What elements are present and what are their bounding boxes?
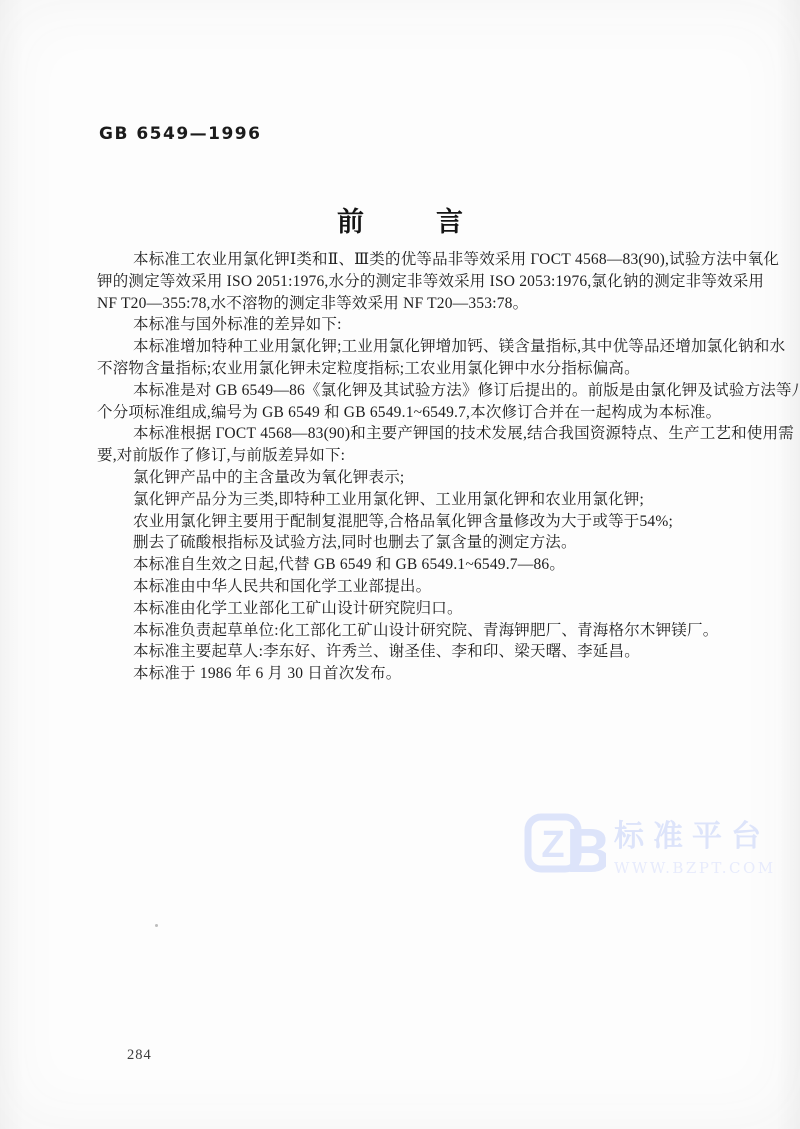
watermark-name: 标准平台 bbox=[614, 822, 776, 852]
watermark-url: WWW.BZPT.COM bbox=[614, 859, 776, 877]
body-line: 本标准增加特种工业用氯化钾;工业用氯化钾增加钙、镁含量指标,其中优等品还增加氯化… bbox=[97, 336, 717, 358]
body-line: 氯化钾产品分为三类,即特种工业用氯化钾、工业用氯化钾和农业用氯化钾; bbox=[97, 489, 717, 511]
scan-speck bbox=[155, 924, 158, 927]
body-line: 本标准自生效之日起,代替 GB 6549 和 GB 6549.1~6549.7—… bbox=[97, 554, 717, 576]
body-line: 本标准负责起草单位:化工部化工矿山设计研究院、青海钾肥厂、青海格尔木钾镁厂。 bbox=[97, 620, 717, 642]
logo-letter-b: B bbox=[566, 817, 606, 882]
standard-number: GB 6549—1996 bbox=[99, 124, 261, 144]
body-line: 要,对前版作了修订,与前版差异如下: bbox=[97, 445, 717, 467]
body-line: 农业用氯化钾主要用于配制复混肥等,合格品氧化钾含量修改为大于或等于54%; bbox=[97, 511, 717, 533]
watermark: Z B 标准平台 WWW.BZPT.COM bbox=[524, 812, 776, 882]
body-line: 本标准是对 GB 6549—86《氯化钾及其试验方法》修订后提出的。前版是由氯化… bbox=[97, 380, 717, 402]
page-number: 284 bbox=[127, 1047, 152, 1064]
body-line: 本标准根据 ГОСТ 4568—83(90)和主要产钾国的技术发展,结合我国资源… bbox=[97, 423, 717, 445]
scanned-document-page: GB 6549—1996 前 言 本标准工农业用氯化钾Ⅰ类和Ⅱ、Ⅲ类的优等品非等… bbox=[0, 0, 800, 1129]
page-title: 前 言 bbox=[0, 200, 800, 239]
page-title-char-right: 言 bbox=[436, 200, 463, 239]
body-line: 个分项标准组成,编号为 GB 6549 和 GB 6549.1~6549.7,本… bbox=[97, 402, 717, 424]
body-line: 本标准于 1986 年 6 月 30 日首次发布。 bbox=[97, 663, 717, 685]
logo-letter-z: Z bbox=[541, 824, 564, 866]
body-line: 删去了硫酸根指标及试验方法,同时也删去了氯含量的测定方法。 bbox=[97, 532, 717, 554]
body-line: 本标准与国外标准的差异如下: bbox=[97, 314, 717, 336]
body-line: 本标准由中华人民共和国化学工业部提出。 bbox=[97, 576, 717, 598]
bzpt-logo-icon: Z B bbox=[524, 812, 606, 882]
body-line: 本标准由化学工业部化工矿山设计研究院归口。 bbox=[97, 598, 717, 620]
body-text: 本标准工农业用氯化钾Ⅰ类和Ⅱ、Ⅲ类的优等品非等效采用 ГОСТ 4568—83(… bbox=[97, 249, 717, 685]
body-line: 不溶物含量指标;农业用氯化钾未定粒度指标;工农业用氯化钾中水分指标偏高。 bbox=[97, 358, 717, 380]
body-line: 本标准主要起草人:李东好、许秀兰、谢圣佳、李和印、梁天曙、李延昌。 bbox=[97, 641, 717, 663]
watermark-text: 标准平台 WWW.BZPT.COM bbox=[614, 822, 776, 877]
page-title-char-left: 前 bbox=[337, 200, 364, 239]
body-line: NF T20—355:78,水不溶物的测定非等效采用 NF T20—353:78… bbox=[97, 293, 717, 315]
body-line: 氯化钾产品中的主含量改为氧化钾表示; bbox=[97, 467, 717, 489]
body-line: 钾的测定等效采用 ISO 2051:1976,水分的测定非等效采用 ISO 20… bbox=[97, 271, 717, 293]
body-line: 本标准工农业用氯化钾Ⅰ类和Ⅱ、Ⅲ类的优等品非等效采用 ГОСТ 4568—83(… bbox=[97, 249, 717, 271]
